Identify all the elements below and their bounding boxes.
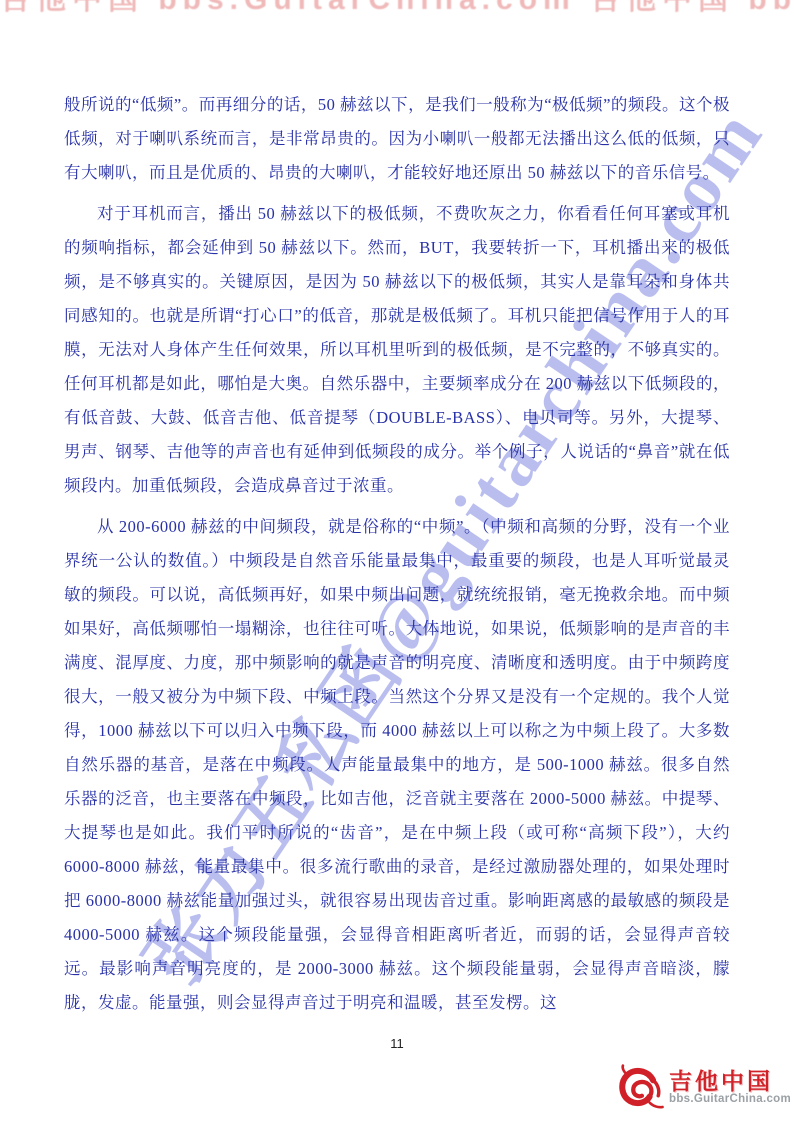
page-number: 11 bbox=[0, 1036, 794, 1051]
logo-subtitle: bbs.GuitarChina.com bbox=[669, 1094, 791, 1106]
logo-title: 吉他中国 bbox=[669, 1070, 791, 1093]
body-text: 般所说的“低频”。而再细分的话，50 赫兹以下，是我们一般称为“极低频”的频段。… bbox=[64, 88, 730, 1027]
dragon-swirl-icon bbox=[615, 1063, 667, 1113]
document-page: 吉他中国 bbs.GuitarChina.com 吉他中国 bbs.Guitar… bbox=[0, 0, 794, 1123]
paragraph: 从 200-6000 赫兹的中间频段，就是俗称的“中频”。（中频和高频的分野，没… bbox=[64, 510, 730, 1020]
guitarchina-logo: 吉他中国 bbs.GuitarChina.com bbox=[615, 1063, 791, 1113]
top-edge-red-print: 吉他中国 bbs.GuitarChina.com 吉他中国 bbs.Guitar… bbox=[0, 0, 794, 26]
paragraph: 般所说的“低频”。而再细分的话，50 赫兹以下，是我们一般称为“极低频”的频段。… bbox=[64, 88, 730, 190]
paragraph: 对于耳机而言，播出 50 赫兹以下的极低频，不费吹灰之力，你看看任何耳塞或耳机的… bbox=[64, 197, 730, 503]
